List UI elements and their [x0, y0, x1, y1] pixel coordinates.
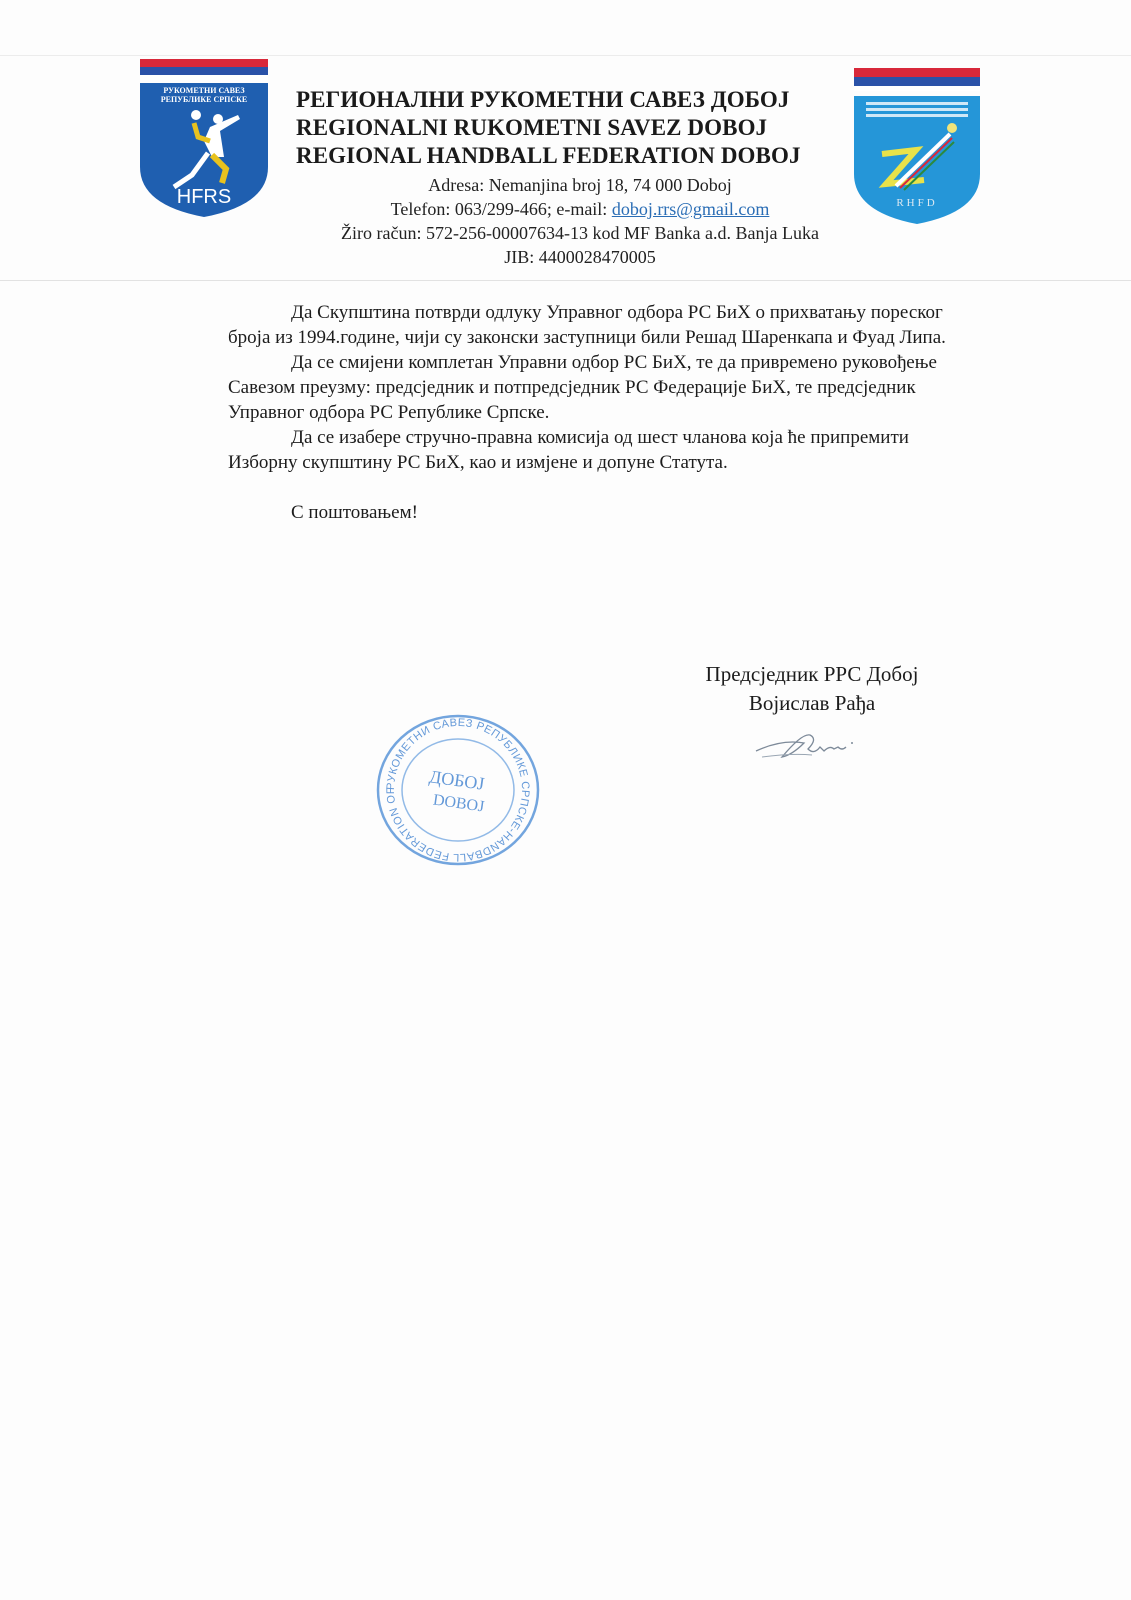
- stamp-center-cyrillic: ДОБОЈ: [428, 766, 486, 794]
- paragraph-3: Да се изабере стручно-правна комисија од…: [228, 425, 948, 475]
- header-top-rule: [0, 55, 1131, 56]
- email-link[interactable]: doboj.rrs@gmail.com: [612, 199, 770, 219]
- signatory-title: Предсједник РРС Добој: [682, 660, 942, 689]
- paragraph-1: Да Скупштина потврди одлуку Управног одб…: [228, 300, 948, 350]
- letterhead: РЕГИОНАЛНИ РУКОМЕТНИ САВЕЗ ДОБОЈ REGIONA…: [230, 86, 930, 269]
- hfrs-logo-acronym: HFRS: [177, 186, 231, 208]
- title-latin: REGIONALNI RUKOMETNI SAVEZ DOBOJ: [296, 114, 930, 142]
- signature-block: Предсједник РРС Добој Војислав Рађа: [682, 660, 942, 718]
- signatory-name: Војислав Рађа: [682, 689, 942, 718]
- header-bottom-rule: [0, 280, 1131, 281]
- jib: JIB: 4400028470005: [230, 245, 930, 269]
- paragraph-2: Да се смијени комплетан Управни одбор РС…: [228, 350, 948, 425]
- address: Adresa: Nemanjina broj 18, 74 000 Doboj: [230, 173, 930, 197]
- contact-line: Telefon: 063/299-466; e-mail: doboj.rrs@…: [230, 197, 930, 221]
- title-english: REGIONAL HANDBALL FEDERATION DOBOJ: [296, 142, 930, 170]
- phone-text: Telefon: 063/299-466; e-mail:: [391, 199, 612, 219]
- title-cyrillic: РЕГИОНАЛНИ РУКОМЕТНИ САВЕЗ ДОБОЈ: [296, 86, 930, 114]
- handwritten-signature: [752, 725, 872, 765]
- closing-greeting: С поштовањем!: [228, 500, 948, 525]
- stamp-center-latin: DOBOJ: [432, 792, 485, 816]
- letter-body: Да Скупштина потврди одлуку Управног одб…: [228, 300, 948, 544]
- bank-account: Žiro račun: 572-256-00007634-13 kod MF B…: [230, 221, 930, 245]
- official-stamp: РУКОМЕТНИ САВЕЗ РЕПУБЛИКЕ СРПСКЕ-HANDBAL…: [372, 712, 544, 868]
